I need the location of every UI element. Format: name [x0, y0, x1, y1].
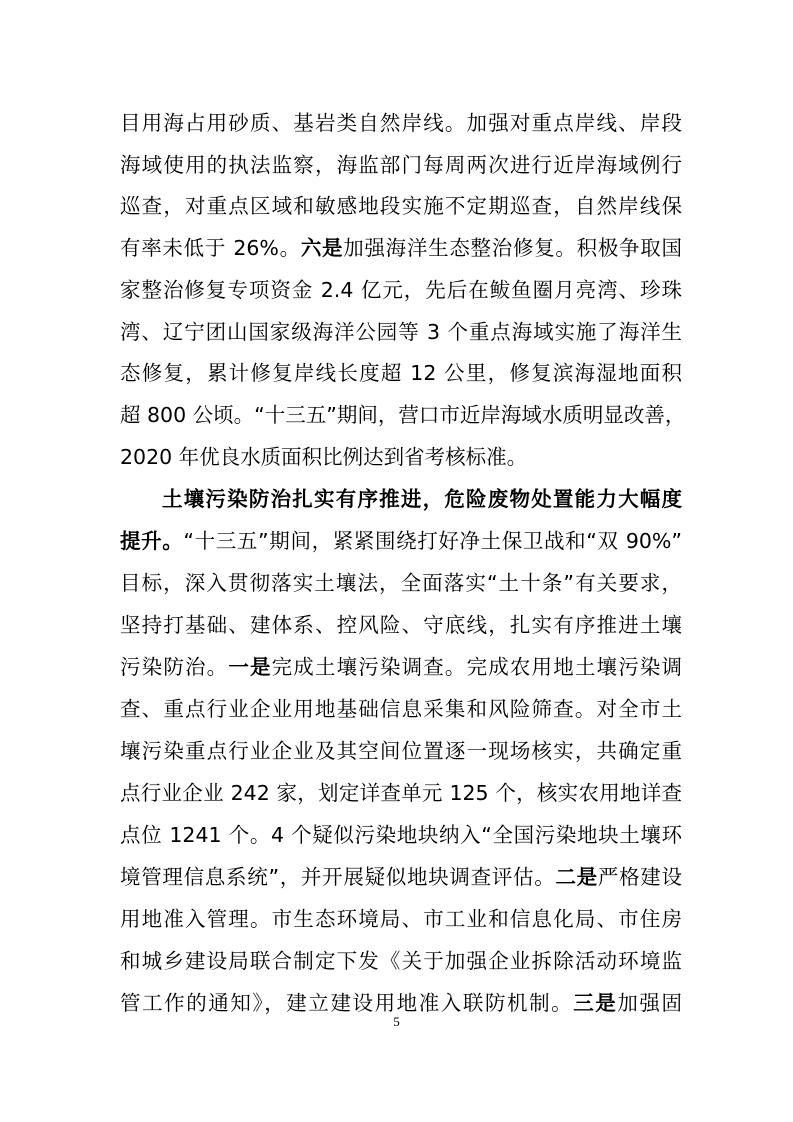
text-line: 污染防治。一是完成土壤污染调查。完成农用地土壤污染调 — [120, 652, 682, 682]
text-line: 海域使用的执法监察，海监部门每周两次进行近岸海域例行 — [120, 150, 682, 180]
text-line: 提升。“十三五”期间，紧紧围绕打好净土保卫战和“双 90%” — [120, 526, 682, 556]
text-line: 用地准入管理。市生态环境局、市工业和信息化局、市住房 — [120, 904, 682, 934]
text-line: 目用海占用砂质、基岩类自然岸线。加强对重点岸线、岸段 — [120, 108, 682, 138]
text-line: 目标，深入贯彻落实土壤法，全面落实“土十条”有关要求， — [120, 568, 682, 598]
text-line: 2020 年优良水质面积比例达到省考核标准。 — [120, 442, 682, 472]
document-page: 目用海占用砂质、基岩类自然岸线。加强对重点岸线、岸段 海域使用的执法监察，海监部… — [0, 0, 793, 1122]
page-number: 5 — [0, 1014, 793, 1030]
text-line: 湾、辽宁团山国家级海洋公园等 3 个重点海域实施了海洋生 — [120, 317, 682, 347]
text-line: 境管理信息系统”，并开展疑似地块调查评估。二是严格建设 — [120, 862, 682, 892]
section-heading: 土壤污染防治扎实有序推进，危险废物处置能力大幅度 — [162, 484, 682, 514]
text-line: 巡查，对重点区域和敏感地段实施不定期巡查，自然岸线保 — [120, 191, 682, 221]
text-line: 点行业企业 242 家，划定详查单元 125 个，核实农用地详查 — [120, 778, 682, 808]
text-line: 点位 1241 个。4 个疑似污染地块纳入“全国污染地块土壤环 — [120, 820, 682, 850]
text-line: 壤污染重点行业企业及其空间位置逐一现场核实，共确定重 — [120, 736, 682, 766]
text-line: 家整治修复专项资金 2.4 亿元，先后在鲅鱼圈月亮湾、珍珠 — [120, 275, 682, 305]
text-line: 超 800 公顷。“十三五”期间，营口市近岸海域水质明显改善， — [120, 400, 682, 430]
text-line: 有率未低于 26%。六是加强海洋生态整治修复。积极争取国 — [120, 233, 682, 263]
text-line: 坚持打基础、建体系、控风险、守底线，扎实有序推进土壤 — [120, 610, 682, 640]
text-line: 查、重点行业企业用地基础信息采集和风险筛查。对全市土 — [120, 694, 682, 724]
text-line: 和城乡建设局联合制定下发《关于加强企业拆除活动环境监 — [120, 946, 682, 976]
text-line: 态修复，累计修复岸线长度超 12 公里，修复滨海湿地面积 — [120, 358, 682, 388]
